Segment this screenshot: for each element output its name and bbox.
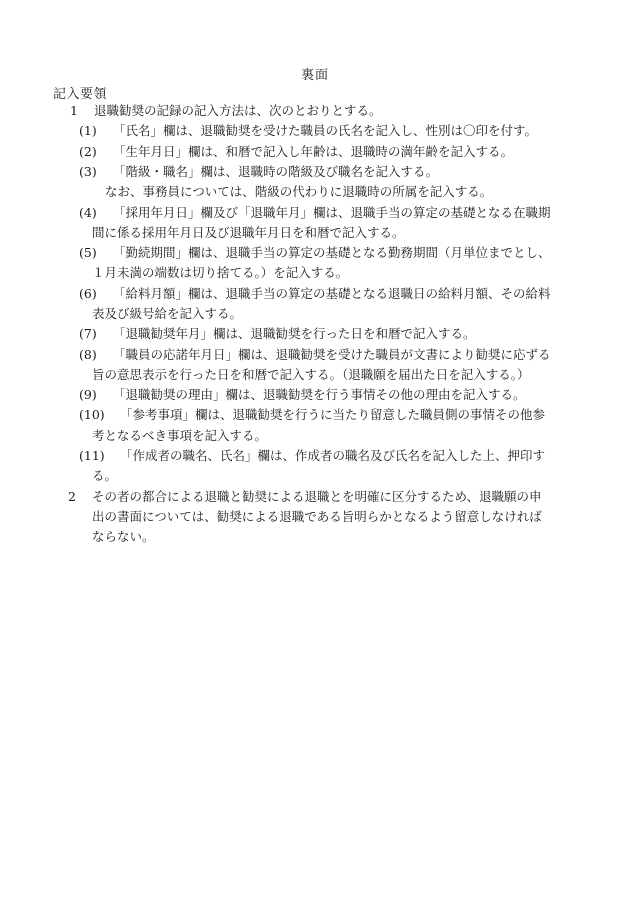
item-2-line-1: 「生年月日」欄は、和暦で記入し年齢は、退職時の満年齢を記入する。 (113, 144, 513, 160)
page-title: 裏面 (0, 64, 630, 83)
item-9-number: (9) (79, 387, 97, 403)
item-8-line-1: 「職員の応諾年月日」欄は、退職勧奨を受けた職員が文書により勧奨に応ずる (113, 347, 551, 363)
item-8-line-2: 旨の意思表示を行った日を和暦で記入する。（退職願を届出た日を記入する。） (92, 367, 530, 383)
section-2-line-2: 出の書面については、勧奨による退職である旨明らかとなるよう留意しなければ (92, 509, 542, 525)
item-10-line-2: 考となるべき事項を記入する。 (92, 428, 267, 444)
item-11-line-2: る。 (92, 468, 117, 484)
item-11-line-1: 「作成者の職名、氏名」欄は、作成者の職名及び氏名を記入した上、押印す (120, 448, 545, 464)
section-2-line-1: その者の都合による退職と勧奨による退職とを明確に区分するため、退職願の申 (92, 489, 542, 505)
item-5-line-1: 「勤続期間」欄は、退職手当の算定の基礎となる勤務期間（月単位までとし、 (113, 245, 551, 261)
item-1-line-1: 「氏名」欄は、退職勧奨を受けた職員の氏名を記入し、性別は〇印を付す。 (113, 123, 537, 139)
item-4-number: (4) (79, 205, 97, 221)
item-10-number: (10) (79, 407, 105, 423)
section-1-text: 退職勧奨の記録の記入方法は、次のとおりとする。 (94, 103, 382, 119)
item-5-number: (5) (79, 245, 97, 261)
section-heading: 記入要領 (53, 83, 107, 102)
section-2-number: 2 (68, 489, 76, 505)
item-8-number: (8) (79, 347, 97, 363)
item-7-line-1: 「退職勧奨年月」欄は、退職勧奨を行った日を和暦で記入する。 (113, 326, 476, 342)
item-6-number: (6) (79, 286, 97, 302)
item-2-number: (2) (79, 144, 97, 160)
item-9-line-1: 「退職勧奨の理由」欄は、退職勧奨を行う事情その他の理由を記入する。 (113, 387, 526, 403)
item-10-line-1: 「参考事項」欄は、退職勧奨を行うに当たり留意した職員側の事情その他参 (120, 407, 545, 423)
item-4-line-2: 間に係る採用年月日及び退職年月日を和暦で記入する。 (92, 225, 405, 241)
item-4-line-1: 「採用年月日」欄及び「退職年月」欄は、退職手当の算定の基礎となる在職期 (113, 205, 551, 221)
section-1-number: 1 (70, 103, 78, 119)
item-3-line-2: なお、事務員については、階級の代わりに退職時の所属を記入する。 (105, 184, 492, 200)
item-3-number: (3) (79, 164, 97, 180)
item-5-line-2: １月未満の端数は切り捨てる。）を記入する。 (92, 265, 348, 281)
item-3-line-1: 「階級・職名」欄は、退職時の階級及び職名を記入する。 (113, 164, 438, 180)
item-7-number: (7) (79, 326, 97, 342)
item-6-line-1: 「給料月額」欄は、退職手当の算定の基礎となる退職日の給料月額、その給料 (113, 286, 551, 302)
section-2-line-3: ならない。 (92, 529, 155, 545)
item-6-line-2: 表及び級号給を記入する。 (92, 306, 242, 322)
document-page: 裏面 記入要領 1 退職勧奨の記録の記入方法は、次のとおりとする。 (1) 「氏… (0, 0, 630, 903)
item-11-number: (11) (79, 448, 105, 464)
item-1-number: (1) (79, 123, 97, 139)
